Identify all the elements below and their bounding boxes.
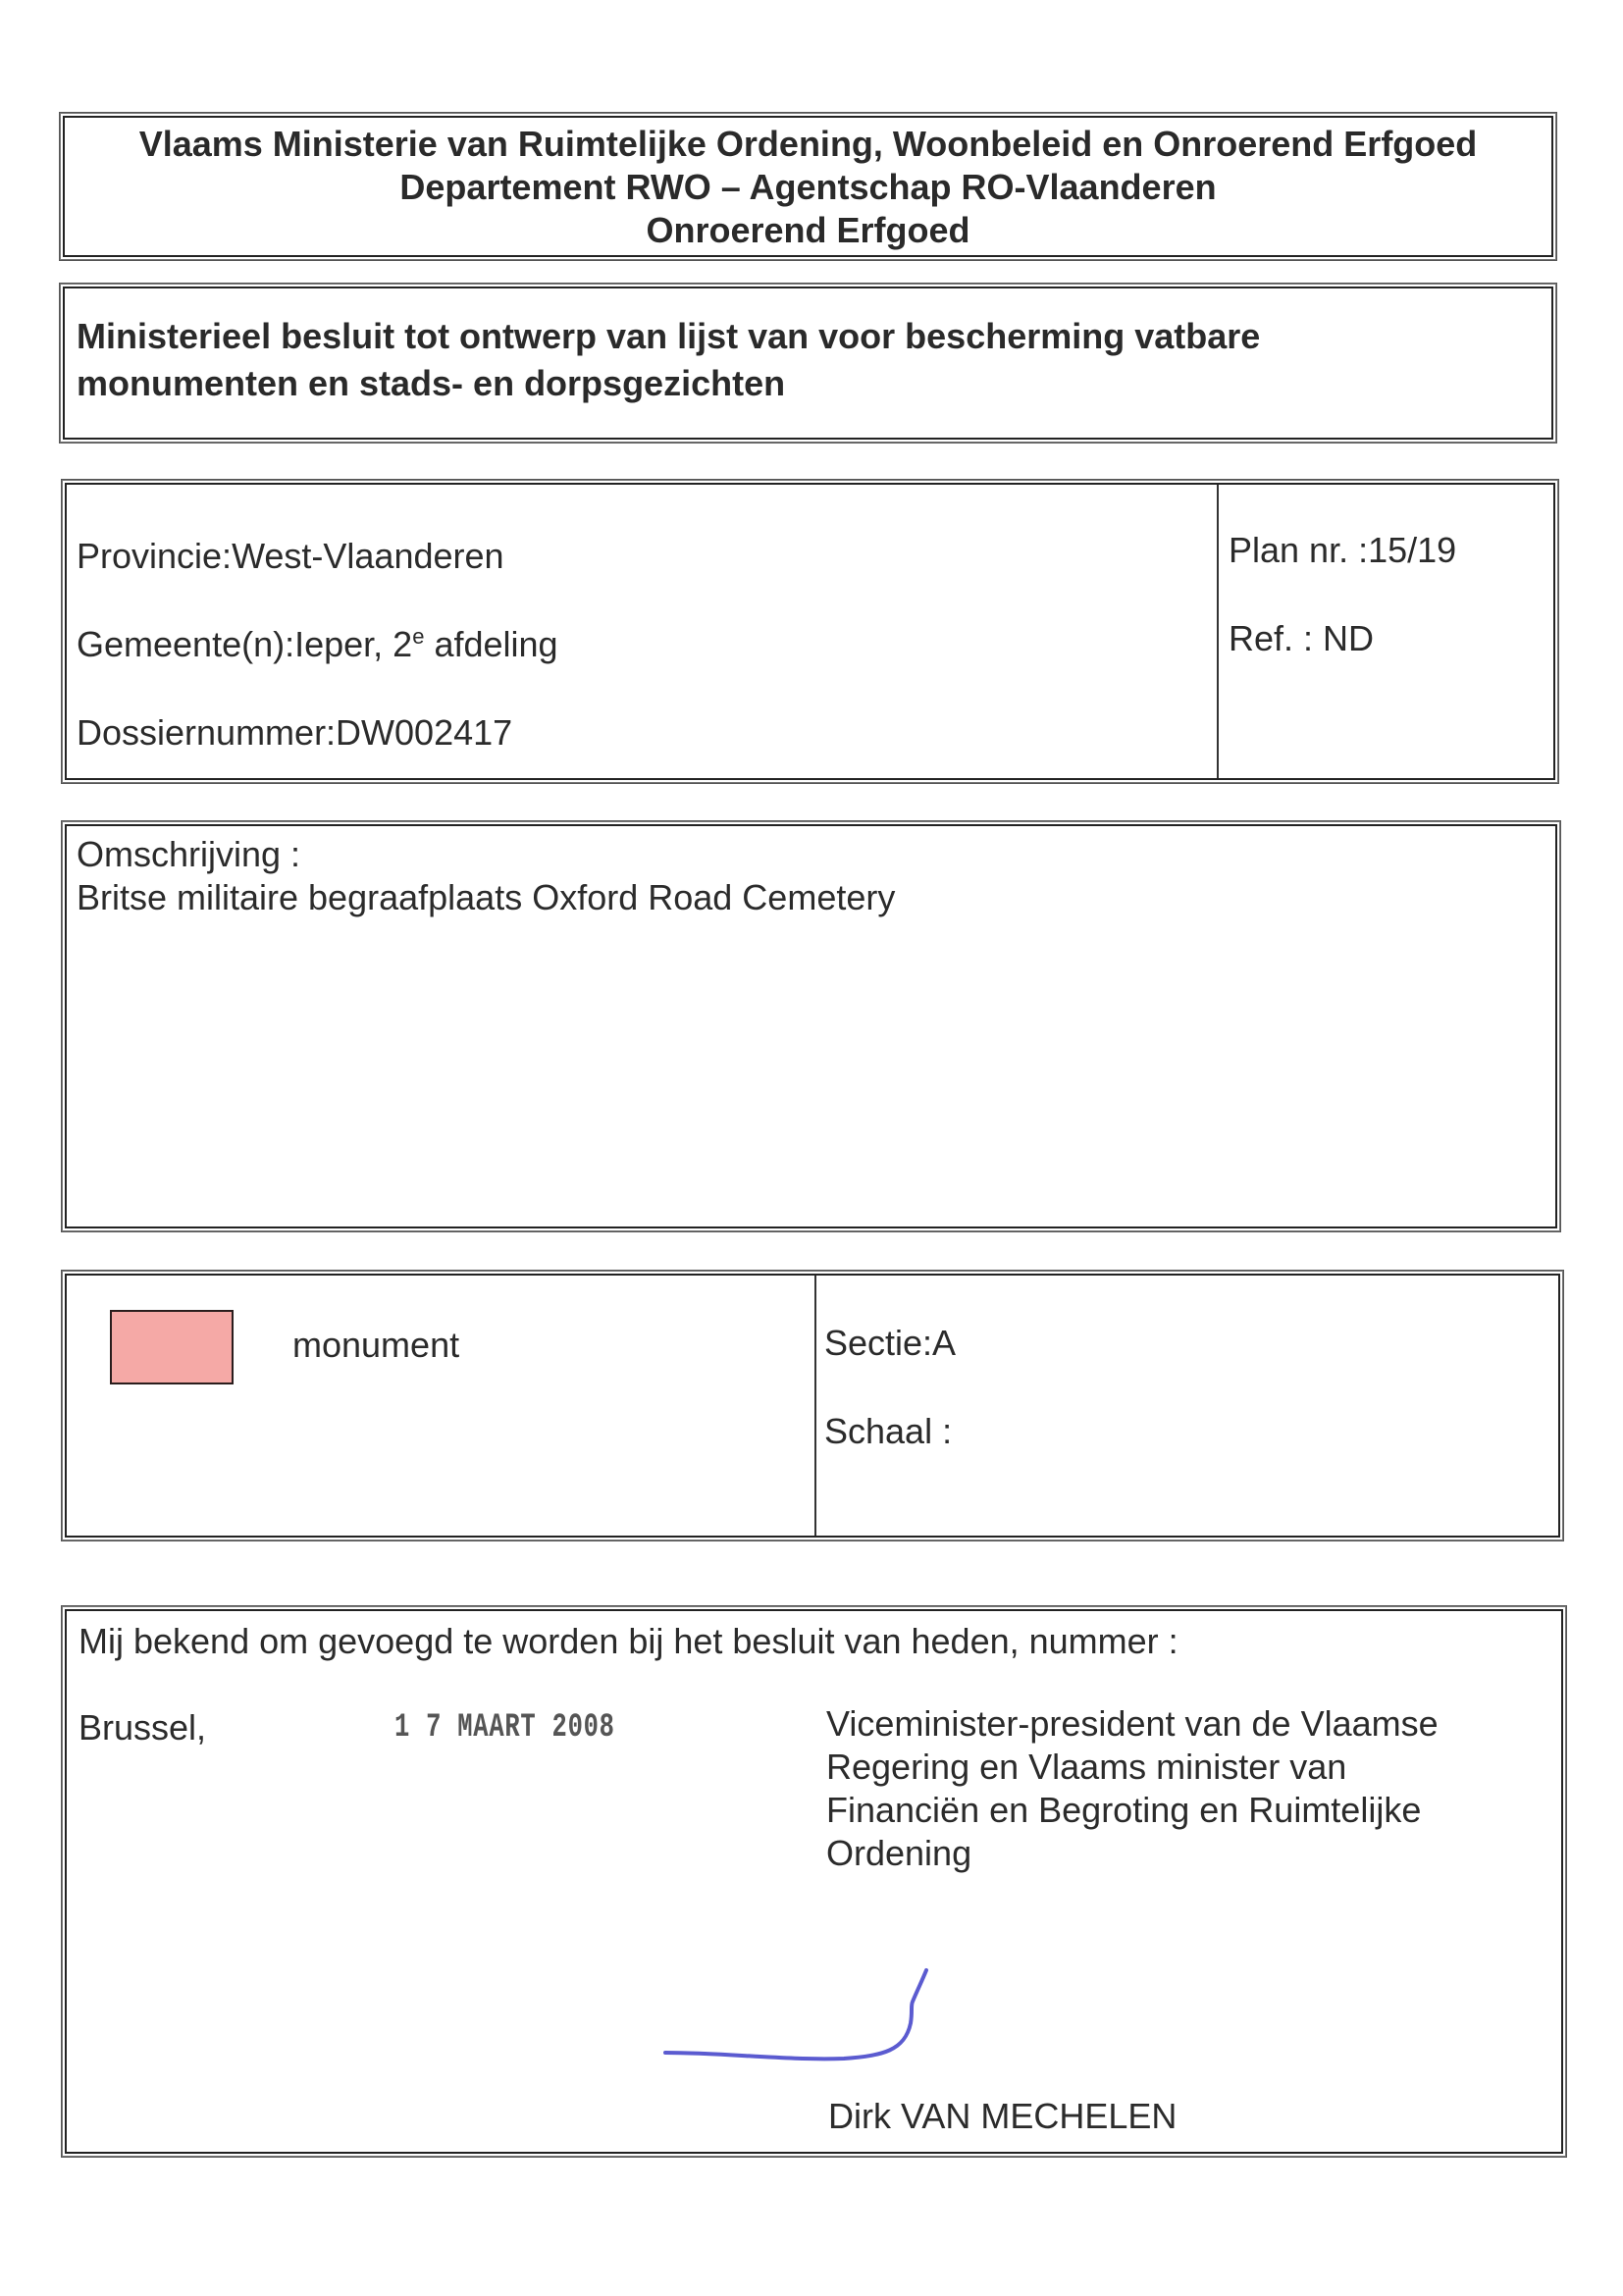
signatory-name: Dirk VAN MECHELEN	[828, 2096, 1177, 2137]
ministry-name: Vlaams Ministerie van Ruimtelijke Ordeni…	[65, 124, 1551, 165]
minister-title-line3: Financiën en Begroting en Ruimtelijke	[826, 1790, 1421, 1831]
legend-label-monument: monument	[292, 1325, 459, 1366]
monument-color-swatch	[110, 1310, 234, 1384]
gemeente-suffix: afdeling	[424, 624, 557, 664]
description-label: Omschrijving :	[77, 834, 300, 875]
gemeente-superscript: e	[412, 624, 424, 649]
ministry-header-box: Vlaams Ministerie van Ruimtelijke Ordeni…	[63, 116, 1553, 257]
handwritten-signature	[648, 1962, 942, 2070]
provincie-field: Provincie:West-Vlaanderen	[77, 536, 504, 577]
gemeente-prefix: Gemeente(n):Ieper, 2	[77, 624, 412, 664]
place-name: Brussel,	[79, 1707, 206, 1748]
minister-title-line1: Viceminister-president van de Vlaamse	[826, 1703, 1439, 1745]
description-box: Omschrijving : Britse militaire begraafp…	[65, 824, 1557, 1228]
signature-box: Mij bekend om gevoegd te worden bij het …	[65, 1609, 1563, 2154]
date-stamp: 1 7 MAART 2008	[394, 1709, 615, 1747]
dossiernummer-field: Dossiernummer:DW002417	[77, 712, 512, 754]
column-divider	[1217, 485, 1219, 778]
gemeente-field: Gemeente(n):Ieper, 2e afdeling	[77, 624, 558, 665]
sectie-field: Sectie:A	[824, 1323, 956, 1364]
description-text: Britse militaire begraafplaats Oxford Ro…	[77, 877, 895, 918]
plan-number-field: Plan nr. :15/19	[1229, 530, 1456, 571]
reference-field: Ref. : ND	[1229, 618, 1374, 659]
decree-title-line2: monumenten en stads- en dorpsgezichten	[77, 363, 785, 404]
acknowledgement-statement: Mij bekend om gevoegd te worden bij het …	[79, 1621, 1178, 1662]
decree-title-box: Ministerieel besluit tot ontwerp van lij…	[63, 287, 1553, 440]
schaal-field: Schaal :	[824, 1411, 952, 1452]
decree-title-line1: Ministerieel besluit tot ontwerp van lij…	[77, 316, 1260, 357]
minister-title-line2: Regering en Vlaams minister van	[826, 1747, 1346, 1788]
minister-title-line4: Ordening	[826, 1833, 971, 1874]
location-info-box: Provincie:West-Vlaanderen Gemeente(n):Ie…	[65, 483, 1555, 780]
agency-name: Onroerend Erfgoed	[65, 210, 1551, 251]
legend-box: monument Sectie:A Schaal :	[65, 1274, 1560, 1538]
legend-column-divider	[814, 1276, 816, 1536]
department-name: Departement RWO – Agentschap RO-Vlaander…	[65, 167, 1551, 208]
